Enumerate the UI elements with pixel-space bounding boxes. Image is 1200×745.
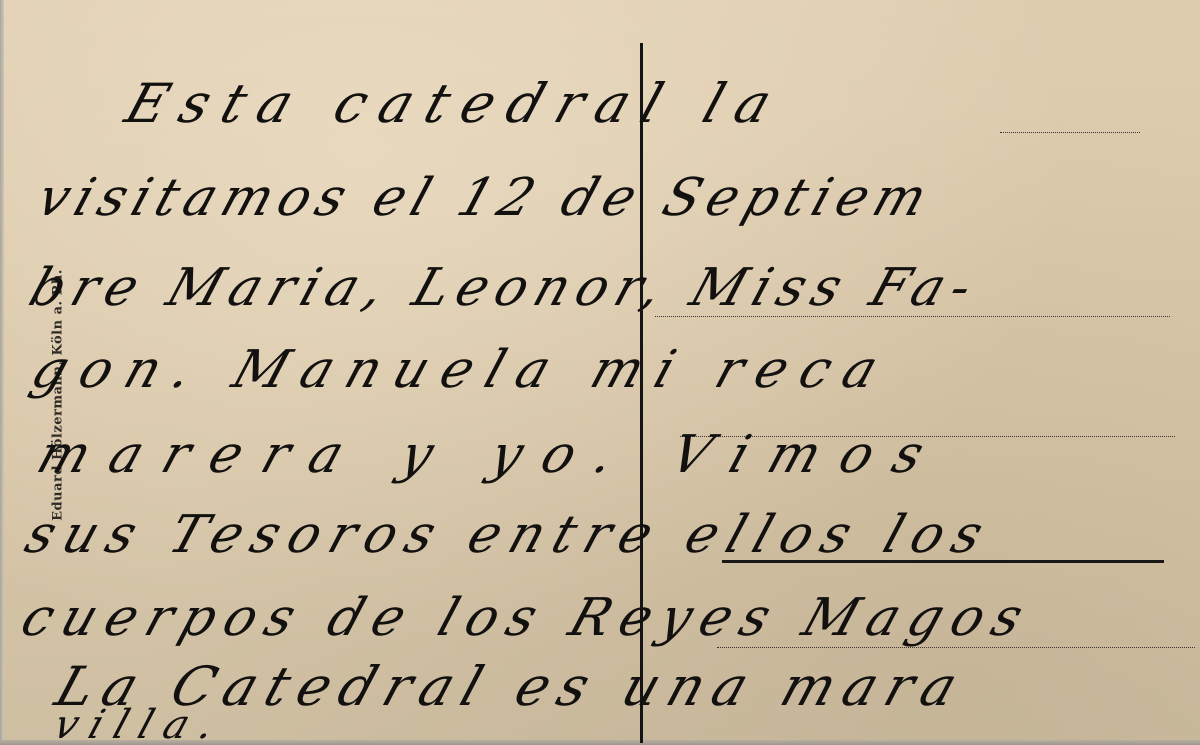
handwritten-line-7: cuerpos de los Reyes Magos [14, 588, 1040, 648]
handwritten-line-2: visitamos el 12 de Septiem [30, 168, 941, 228]
address-line-1 [1000, 132, 1140, 133]
handwritten-line-5: marera y yo. Vimos [30, 425, 953, 485]
postcard-back: Eduard Hölzermann, Köln a. Rh. Esta cate… [0, 0, 1200, 745]
handwritten-line-1: Esta catedral la [118, 72, 793, 135]
handwritten-line-4: gon. Manuela mi reca [24, 340, 899, 400]
handwritten-line-9: villa. [48, 702, 232, 745]
handwritten-line-6: sus Tesoros entre ellos los [18, 505, 1000, 565]
card-left-edge [0, 0, 4, 745]
handwritten-line-3: bre Maria, Leonor, Miss Fa- [22, 258, 987, 318]
